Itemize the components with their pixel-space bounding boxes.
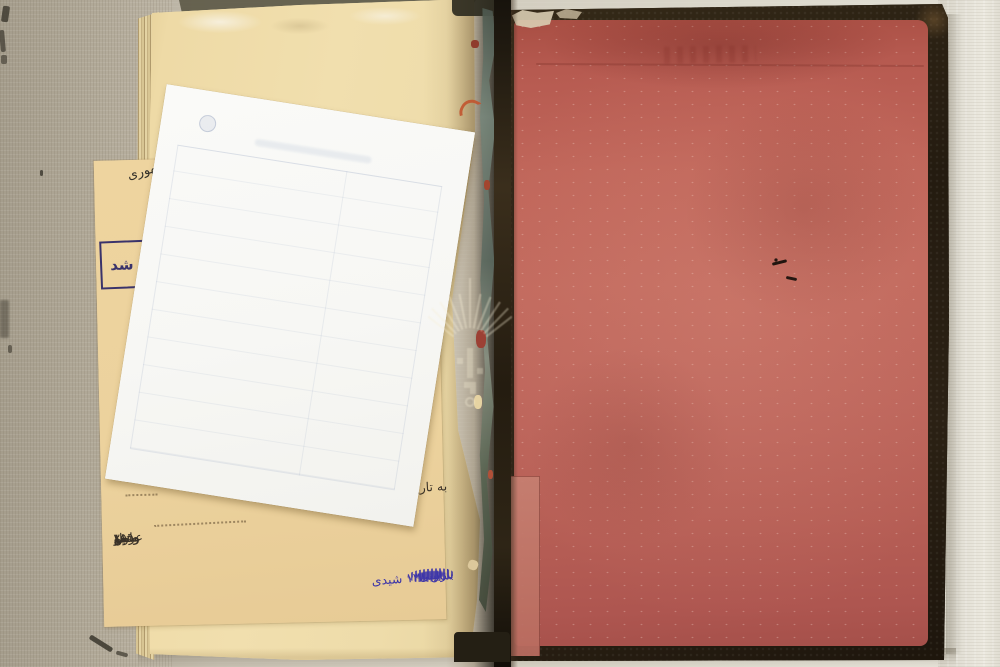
stray-mark	[8, 345, 12, 353]
faded-stamp-remnant	[664, 45, 756, 64]
manuscript-photo: جمهوری شد به تاریخ وقف نسخه ــ ۱۳۰۹ طول …	[0, 0, 1000, 667]
crease-line	[536, 63, 924, 67]
torn-paper-chip	[556, 9, 582, 19]
red-fleck	[488, 470, 493, 479]
red-fleck	[484, 180, 490, 190]
red-fleck	[471, 40, 479, 48]
spine-tail-cap	[454, 632, 510, 662]
white-form-paper	[105, 84, 475, 526]
stray-mark	[40, 170, 43, 176]
stray-mark	[0, 300, 9, 338]
form-table-showthrough	[130, 145, 442, 491]
catalog-word: ۸ـ	[110, 530, 127, 546]
review-note-blue: سال ۱۳۸ شیدی بازبینی	[303, 567, 453, 578]
red-wax-mark	[455, 95, 482, 125]
paper-fleck	[467, 559, 480, 572]
stray-mark	[1, 55, 7, 64]
stamp-text: شد	[110, 255, 134, 274]
library-watermark-icon	[428, 262, 512, 408]
form-emblem-icon	[198, 114, 217, 133]
ink-mark	[772, 259, 787, 266]
red-cover-board	[502, 4, 952, 662]
red-paper-inlay	[514, 20, 928, 646]
ink-mark	[786, 276, 797, 281]
